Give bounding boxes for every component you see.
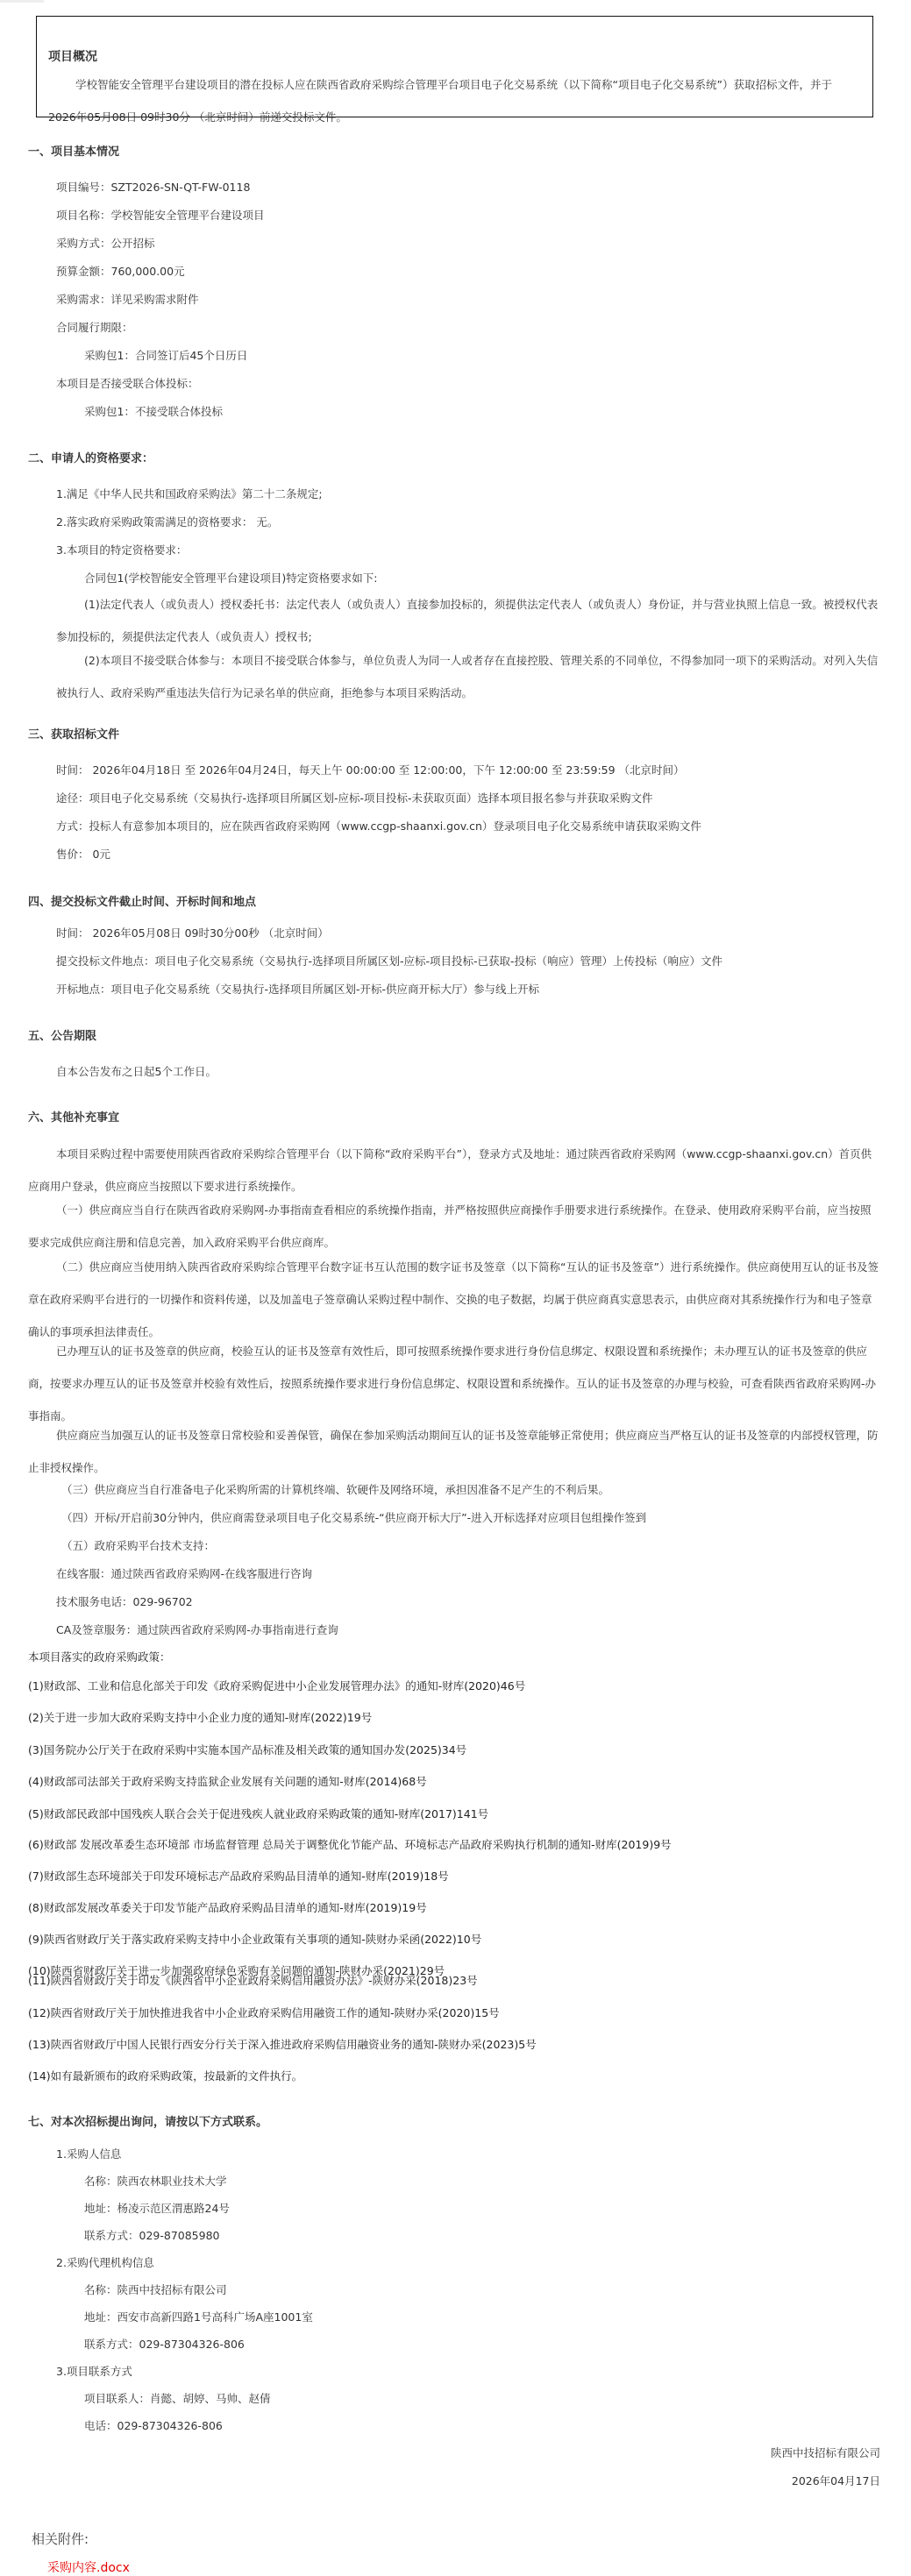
- obtain-channel: 途径：项目电子化交易系统（交易执行-选择项目所属区划-应标-项目投标-未获取页面…: [56, 790, 653, 805]
- agency-phone: 联系方式：029-87304326-806: [84, 2336, 245, 2352]
- policy-item: (11)陕西省财政厅关于印发《陕西省中小企业政府采购信用融资办法》-陕财办采(2…: [28, 1972, 478, 1988]
- supplement-item-2: （二）供应商应当使用纳入陕西省政府采购综合管理平台数字证书互认范围的数字证书及签…: [28, 1251, 881, 1348]
- attachment-link[interactable]: 采购内容.docx: [47, 2558, 130, 2576]
- policy-item: (5)财政部民政部中国残疾人联合会关于促进残疾人就业政府采购政策的通知-财库(2…: [28, 1806, 488, 1821]
- policy-item: (1)财政部、工业和信息化部关于印发《政府采购促进中小企业发展管理办法》的通知-…: [28, 1678, 525, 1693]
- budget-amount: 预算金额：760,000.00元: [56, 263, 185, 279]
- agency-title: 2.采购代理机构信息: [56, 2254, 154, 2270]
- certificate-handling: 已办理互认的证书及签章的供应商，校验互认的证书及签章有效性后，即可按照系统操作要…: [28, 1335, 881, 1432]
- policy-title: 本项目落实的政府采购政策：: [28, 1649, 171, 1664]
- requirement-authorization: (1)法定代表人（或负责人）授权委托书：法定代表人（或负责人）直接参加投标的，须…: [56, 588, 881, 653]
- requirement-consortium: (2)本项目不接受联合体参与：本项目不接受联合体参与，单位负责人为同一人或者存在…: [56, 644, 881, 709]
- supplement-item-4: （四）开标/开启前30分钟内，供应商需登录项目电子化交易系统-“供应商开标大厅”…: [61, 1509, 646, 1525]
- announcement-page: 项目概况 学校智能安全管理平台建设项目的潜在投标人应在陕西省政府采购综合管理平台…: [0, 0, 911, 2567]
- supplement-item-3: （三）供应商应当自行准备电子化采购所需的计算机终端、软硬件及网络环境，承担因准备…: [61, 1481, 609, 1497]
- ca-service: CA及签章服务：通过陕西省政府采购网-办事指南进行查询: [56, 1622, 338, 1637]
- tech-phone: 技术服务电话：029-96702: [56, 1593, 193, 1609]
- section-heading-obtain-docs: 三、获取招标文件: [28, 725, 119, 742]
- policy-item: (3)国务院办公厅关于在政府采购中实施本国产品标准及相关政策的通知国办发(202…: [28, 1742, 466, 1757]
- procurement-method: 采购方式：公开招标: [56, 235, 155, 251]
- summary-title: 项目概况: [48, 47, 97, 65]
- section-heading-contact: 七、对本次招标提出询问，请按以下方式联系。: [28, 2112, 267, 2129]
- obtain-method: 方式：投标人有意参加本项目的，应在陕西省政府采购网（www.ccgp-shaan…: [56, 818, 701, 834]
- policy-item: (2)关于进一步加大政府采购支持中小企业力度的通知-财库(2022)19号: [28, 1709, 372, 1725]
- section-heading-basic-info: 一、项目基本情况: [28, 142, 119, 159]
- consortium-label: 本项目是否接受联合体投标：: [56, 375, 199, 391]
- deadline-time: 时间： 2026年05月08日 09时30分00秒 （北京时间）: [56, 925, 329, 940]
- agency-name: 名称：陕西中技招标有限公司: [84, 2281, 227, 2297]
- policy-item: (4)财政部司法部关于政府采购支持监狱企业发展有关问题的通知-财库(2014)6…: [28, 1773, 427, 1789]
- project-phone: 电话：029-87304326-806: [84, 2417, 223, 2433]
- purchaser-phone: 联系方式：029-87085980: [84, 2227, 220, 2243]
- obtain-time: 时间： 2026年04月18日 至 2026年04月24日，每天上午 00:00…: [56, 762, 685, 777]
- signature-company: 陕西中技招标有限公司: [771, 2445, 880, 2460]
- supplement-item-1: （一）供应商应当自行在陕西省政府采购网-办事指南查看相应的系统操作指南，并严格按…: [28, 1194, 881, 1259]
- section-heading-supplementary: 六、其他补充事宜: [28, 1108, 119, 1125]
- summary-text: 学校智能安全管理平台建设项目的潜在投标人应在陕西省政府采购综合管理平台项目电子化…: [48, 68, 862, 133]
- project-contacts: 项目联系人：肖懿、胡婷、马帅、赵倩: [84, 2390, 271, 2406]
- contract-period-label: 合同履行期限：: [56, 319, 133, 335]
- section-heading-qualifications: 二、申请人的资格要求：: [28, 449, 153, 465]
- section-heading-deadline: 四、提交投标文件截止时间、开标时间和地点: [28, 892, 256, 909]
- project-name: 项目名称：学校智能安全管理平台建设项目: [56, 207, 265, 223]
- signature-date: 2026年04月17日: [792, 2473, 880, 2488]
- section-heading-period: 五、公告期限: [28, 1026, 96, 1043]
- policy-item: (13)陕西省财政厅中国人民银行西安分行关于深入推进政府采购信用融资业务的通知-…: [28, 2036, 537, 2052]
- policy-item: (7)财政部生态环境部关于印发环境标志产品政府采购品目清单的通知-财库(2019…: [28, 1868, 449, 1884]
- opening-location: 开标地点：项目电子化交易系统（交易执行-选择项目所属区划-开标-供应商开标大厅）…: [56, 981, 539, 997]
- agency-address: 地址：西安市高新四路1号高科广场A座1001室: [84, 2309, 313, 2324]
- project-number: 项目编号：SZT2026-SN-QT-FW-0118: [56, 179, 250, 195]
- contract-period-value: 采购包1：合同签订后45个日历日: [84, 347, 247, 363]
- platform-intro: 本项目采购过程中需要使用陕西省政府采购综合管理平台（以下简称“政府采购平台”），…: [28, 1138, 881, 1203]
- announcement-period: 自本公告发布之日起5个工作日。: [56, 1063, 217, 1079]
- purchaser-address: 地址：杨凌示范区渭惠路24号: [84, 2200, 230, 2216]
- policy-item: (14)如有最新颁布的政府采购政策，按最新的文件执行。: [28, 2068, 302, 2083]
- qualification-2: 2.落实政府采购政策需满足的资格要求： 无。: [56, 514, 278, 529]
- qualification-1: 1.满足《中华人民共和国政府采购法》第二十二条规定;: [56, 486, 323, 501]
- supplement-item-5: （五）政府采购平台技术支持：: [61, 1537, 215, 1553]
- qualification-3: 3.本项目的特定资格要求：: [56, 542, 187, 557]
- policy-item: (8)财政部发展改革委关于印发节能产品政府采购品目清单的通知-财库(2019)1…: [28, 1899, 427, 1915]
- package-requirements-intro: 合同包1(学校智能安全管理平台建设项目)特定资格要求如下:: [84, 570, 377, 585]
- purchaser-title: 1.采购人信息: [56, 2146, 121, 2161]
- policy-item: (9)陕西省财政厅关于落实政府采购支持中小企业政策有关事项的通知-陕财办采函(2…: [28, 1931, 481, 1947]
- submission-location: 提交投标文件地点：项目电子化交易系统（交易执行-选择项目所属区划-应标-项目投标…: [56, 953, 722, 969]
- policy-item: (6)财政部 发展改革委生态环境部 市场监督管理 总局关于调整优化节能产品、环境…: [28, 1836, 672, 1852]
- purchaser-name: 名称：陕西农林职业技术大学: [84, 2173, 227, 2189]
- project-summary-box: 项目概况 学校智能安全管理平台建设项目的潜在投标人应在陕西省政府采购综合管理平台…: [36, 16, 873, 117]
- doc-price: 售价： 0元: [56, 846, 110, 862]
- project-contact-title: 3.项目联系方式: [56, 2363, 132, 2379]
- policy-item: (12)陕西省财政厅关于加快推进我省中小企业政府采购信用融资工作的通知-陕财办采…: [28, 2005, 500, 2020]
- attachments-label: 相关附件:: [32, 2530, 89, 2548]
- online-service: 在线客服：通过陕西省政府采购网-在线客服进行咨询: [56, 1565, 312, 1581]
- consortium-value: 采购包1：不接受联合体投标: [84, 403, 223, 419]
- top-edge: [0, 0, 44, 3]
- certificate-safekeeping: 供应商应当加强互认的证书及签章日常校验和妥善保管，确保在参加采购活动期间互认的证…: [28, 1419, 881, 1484]
- procurement-demand: 采购需求：详见采购需求附件: [56, 291, 199, 307]
